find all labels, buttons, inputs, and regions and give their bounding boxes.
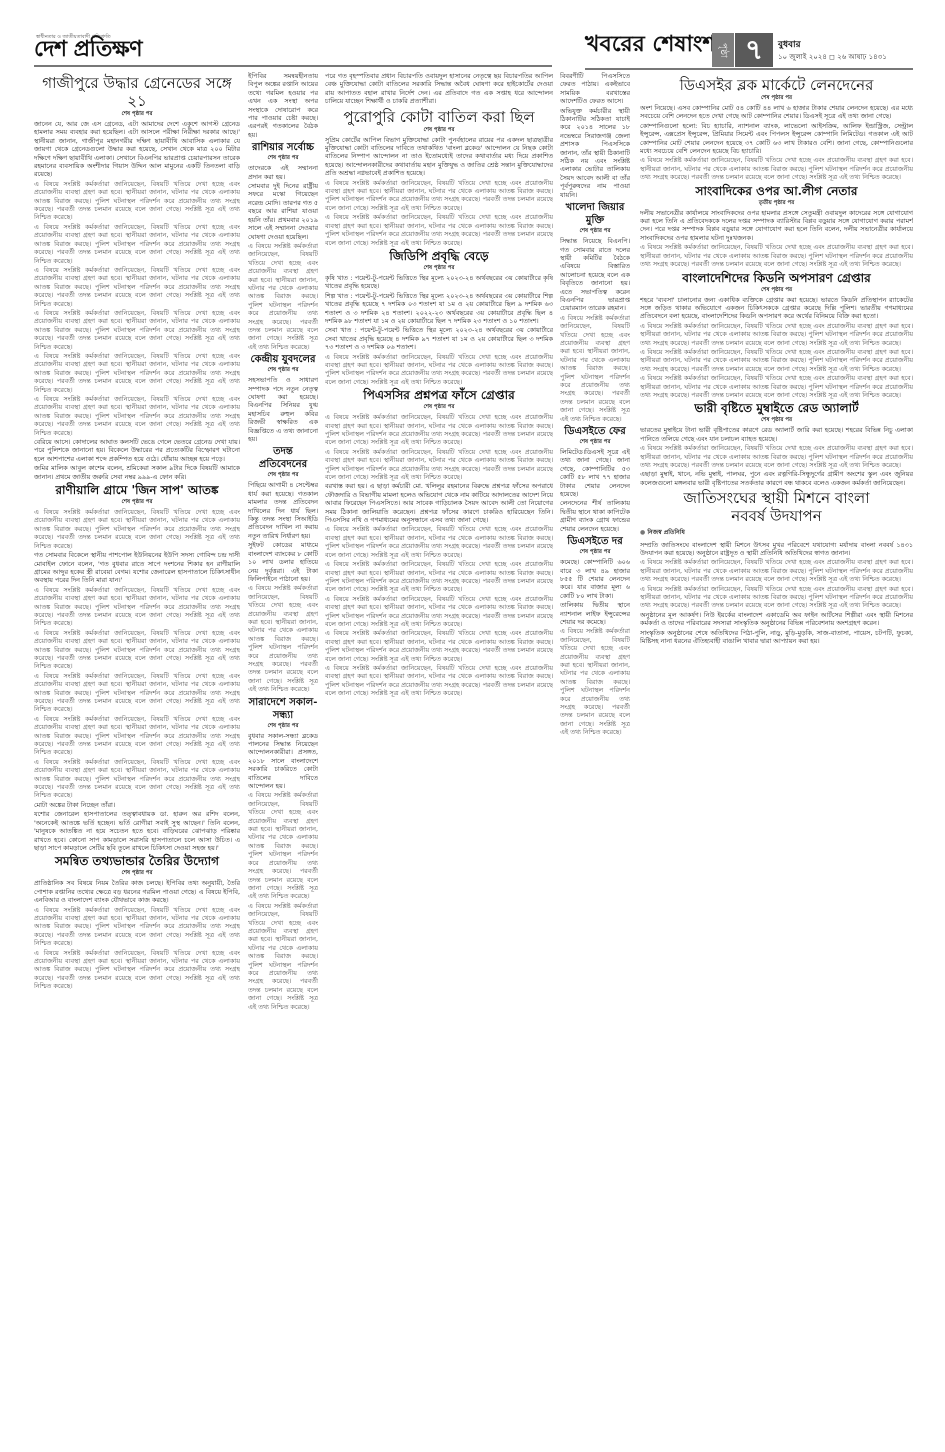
section-title: খবরের শেষাংশ [585, 33, 715, 55]
paragraph: এ বিষয়ে সংশ্লিষ্ট কর্মকর্তারা জানিয়েছে… [34, 586, 240, 628]
continued-label: তৃতীয় পৃষ্ঠার পর [640, 199, 913, 207]
paragraph: গত সোমবার বিকেলে স্থানীয় পাশপোল ইউনিয়ন… [34, 551, 240, 585]
article-un-mission: জাতিসংঘের স্থায়ী মিশনে বাংলা নববর্ষ উদয… [640, 489, 913, 645]
paragraph: সুপ্রিম কোর্টের আপিল বিভাগ মুক্তিযোদ্ধা … [325, 136, 553, 178]
masthead: স্বাধীনতার ও জাতীয়তাবাদী প্রতিশ্রুতি দে… [0, 0, 945, 48]
paragraph: জানেন যে, আর জে এস গ্রেনেড, এটা আমাদের দ… [34, 120, 240, 179]
paragraph: এ বিষয়ে সংশ্লিষ্ট কর্মকর্তারা জানিয়েছে… [325, 213, 553, 247]
article-database: সমন্বিত তথ্যভান্ডার তৈরির উদ্যোগ শেষ পৃষ… [34, 854, 240, 990]
article-gazipur-grenades: গাজীপুরে উদ্ধার গ্রেনেডের সঙ্গে ২১ শেষ প… [34, 74, 240, 481]
paragraph: সম্প্রতি জাতিসংঘে বাংলাদেশ স্থায়ী মিশনে… [640, 541, 913, 558]
paragraph: অভিযুক্ত কর্মচারীর স্থায়ী ঠিকানাটির সঠি… [560, 107, 630, 199]
headline-line2: নববর্ষ উদযাপন [731, 507, 821, 525]
paragraph: এ বিষয়ে সংশ্লিষ্ট কর্মকর্তারা জানিয়েছে… [248, 584, 318, 693]
continued-label: শেষ পৃষ্ঠার পর [248, 366, 318, 374]
paragraph: অনুষ্ঠানের মূল আকর্ষণ। নিউ ইয়র্কের বাংল… [640, 611, 913, 628]
paragraph: বেরিয়ে আসে। কোদালের আঘাত কলসটি ভেঙে গেল… [34, 438, 240, 463]
continued-label: শেষ পৃষ্ঠার পর [640, 416, 913, 424]
continued-label: শেষ পৃষ্ঠার পর [640, 94, 913, 102]
column-middle: পরে গত বৃহস্পতিবার প্রধান বিচারপতি ওবায়… [325, 72, 553, 1442]
article-jin-snake: রাণীয়ালি গ্রামে 'জিন সাপ' আতঙ্ক শেষ পৃষ… [34, 483, 240, 852]
paragraph: এ বিষয়ে সংশ্লিষ্ট কর্মকর্তারা জানিয়েছে… [325, 179, 553, 213]
article-dse-rate: ডিএসইতে দর শেষ পৃষ্ঠার পর কমেছে। কোম্পান… [560, 535, 630, 737]
continued-label: শেষ পৃষ্ঠার পর [325, 403, 553, 411]
paragraph: এ বিষয়ে সংশ্লিষ্ট কর্মকর্তারা জানিয়েছে… [34, 266, 240, 308]
headline: ডিএসইতে ফের [560, 425, 630, 438]
paragraph: এ বিষয়ে সংশ্লিষ্ট কর্মকর্তারা জানিয়েছে… [640, 374, 913, 399]
headline: জাতিসংঘের স্থায়ী মিশনে বাংলা নববর্ষ উদয… [640, 489, 913, 525]
headline-line1: জাতিসংঘের স্থায়ী মিশনে বাংলা [683, 489, 869, 507]
continued-label: শেষ পৃষ্ঠার পর [34, 869, 240, 877]
paragraph: শিল্প খাত : পয়েন্ট-টু-পয়েন্ট ভিত্তিতে … [325, 292, 553, 326]
paragraph: এ বিষয়ে সংশ্লিষ্ট কর্মকর্তারা জানিয়েছে… [325, 525, 553, 559]
paragraph: এ বিষয়ে সংশ্লিষ্ট কর্মকর্তারা জানিয়েছে… [248, 242, 318, 351]
article-dse-again: ডিএসইতে ফের শেষ পৃষ্ঠার পর লিমিটেড।ডিএসই… [560, 425, 630, 533]
paragraph: এ বিষয়ে সংশ্লিষ্ট কর্মকর্তারা জানিয়েছে… [560, 314, 630, 423]
paragraph: এ বিষয়ে সংশ্লিষ্ট কর্মকর্তারা জানিয়েছে… [325, 595, 553, 629]
paragraph: লিমিটেড।ডিএসই সূত্রে এই তথ্য জানা গেছে। … [560, 448, 630, 498]
article-youth-wing: কেন্দ্রীয় যুবদলের শেষ পৃষ্ঠার পর সহসভাপ… [248, 353, 318, 443]
article-kidney-arrest: বাংলাদেশিদের কিডনি অপসারণ গ্রেপ্তার শেষ … [640, 271, 913, 400]
paragraph: এ বিষয়ে সংশ্লিষ্ট কর্মকর্তারা জানিয়েছে… [34, 309, 240, 351]
paragraph: এ বিষয়ে সংশ্লিষ্ট কর্মকর্তারা জানিয়েছে… [325, 629, 553, 663]
article-investigation: তদন্ত প্রতিবেদনের শেষ পৃষ্ঠার পর পিছিয়ে… [248, 445, 318, 693]
page-number: ৭ [735, 33, 773, 67]
paragraph: তাদেরকে এই সম্মাননা প্রদান করা হয়। [248, 164, 318, 181]
article-red-alert: ভারী বৃষ্টিতে মুম্বাইতে রেড অ্যালার্ট শে… [640, 401, 913, 487]
paragraph: এ বিষয়ে সংশ্লিষ্ট কর্মকর্তারা জানিয়েছে… [560, 627, 630, 736]
paragraph: এ বিষয়ে সংশ্লিষ্ট কর্মকর্তারা জানিয়েছে… [640, 156, 913, 181]
article-blockade: সারাদেশে সকাল-সন্ধ্যা শেষ পৃষ্ঠার পর বুধ… [248, 696, 318, 1011]
headline: সমন্বিত তথ্যভান্ডার তৈরির উদ্যোগ [34, 854, 240, 869]
header-rule-left [34, 65, 552, 67]
paragraph: এ বিষয়ে সংশ্লিষ্ট কর্মকর্তারা জানিয়েছে… [325, 664, 553, 698]
paragraph: লেনদেনের শীর্ষ তালিকায় দ্বিতীয় স্থানে … [560, 499, 630, 533]
headline: পুরোপুরি কোটা বাতিল করা ছিল [325, 108, 553, 126]
paragraph: এ বিষয়ে সংশ্লিষ্ট কর্মকর্তারা জানিয়েছে… [325, 353, 553, 387]
paragraph: সহসভাপতি ও সাধারণ সম্পাদক পদে নতুন নেতৃত… [248, 376, 318, 443]
paragraph: বুধবার সকাল-সন্ধ্যা ব্লকেড পালনের সিদ্ধা… [248, 732, 318, 791]
paragraph: সোমবার দুই দিনের রাষ্ট্রীয় সফরে মস্কো গ… [248, 182, 318, 241]
issue-date: ১০ জুলাই ২০২৪ ◻ ২৬ আষাঢ় ১৪৩১ [778, 51, 887, 63]
header-rule-right [585, 68, 913, 70]
article-khaleda-release: খালেদা জিয়ার মুক্তি শেষ পৃষ্ঠার পর সিদ্… [560, 201, 630, 423]
paragraph: এ বিষয়ে সংশ্লিষ্ট কর্মকর্তারা জানিয়েছে… [34, 629, 240, 671]
paragraph: এ বিষয়ে সংশ্লিষ্ট কর্মকর্তারা জানিয়েছে… [34, 715, 240, 757]
article-quota: পুরোপুরি কোটা বাতিল করা ছিল শেষ পৃষ্ঠার … [325, 108, 553, 247]
paragraph: এ বিষয়ে সংশ্লিষ্ট কর্মকর্তারা জানিয়েছে… [34, 180, 240, 222]
page-label: পৃষ্ঠা [712, 33, 734, 67]
paragraph: ইপিবির সমন্বয়হীনতায় বিপুল অঙ্কের রপ্তা… [248, 72, 318, 139]
article-psc-leak: পিএসসির প্রশ্নপত্র ফাঁসে গ্রেপ্তার শেষ প… [325, 388, 553, 697]
continued-label: শেষ পৃষ্ঠার পর [248, 471, 318, 479]
paragraph: সিদ্ধান্ত নিয়েছে বিএনপি। গত সোমবার রাতে… [560, 237, 630, 313]
headline: জিডিপি প্রবৃদ্ধি বেড়ে [325, 249, 553, 264]
continued-label: শেষ পৃষ্ঠার পর [560, 438, 630, 446]
headline: সাংবাদিকের ওপর আ.লীগ নেতার [640, 184, 913, 199]
paragraph: সুইফট কোডের মাধ্যমে বাংলাদেশ ব্যাংকের ৮ … [248, 541, 318, 583]
paragraph: পিছিয়ে আগামী ৪ সেপ্টেম্বর ধার্য করা হয়… [248, 481, 318, 540]
column-fourth: বিবরণীটি পিএসসিতে ফেরত পাঠায়। একইভাবে স… [560, 72, 630, 1442]
paragraph: শহরে 'ব্যবসা' চালানোর জন্য একাধিক ব্যক্ত… [640, 296, 913, 321]
newspaper-logo: দেশ প্রতিক্ষণ [34, 38, 142, 60]
headline: ডিএসইতে দর [560, 535, 630, 548]
paragraph: এ বিষয়ে সংশ্লিষ্ট কর্মকর্তারা জানিয়েছে… [34, 672, 240, 714]
paragraph: বরখাস্ত করা হয়। এ ছাড়া কর্মচারী মো. খল… [325, 482, 553, 524]
paragraph: বিবরণীটি পিএসসিতে ফেরত পাঠায়। একইভাবে স… [560, 72, 630, 106]
continued-label: শেষ পৃষ্ঠার পর [248, 154, 318, 162]
paragraph: ভারতের মুম্বাইয়ে টানা ভারী বৃষ্টিপাতের … [640, 426, 913, 443]
headline: ভারী বৃষ্টিতে মুম্বাইতে রেড অ্যালার্ট [640, 401, 913, 416]
article-block-market: ডিএসইর ব্লক মার্কেটে লেনদেনের শেষ পৃষ্ঠা… [640, 76, 913, 182]
headline: রাণীয়ালি গ্রামে 'জিন সাপ' আতঙ্ক [34, 483, 240, 498]
column-second: ইপিবির সমন্বয়হীনতায় বিপুল অঙ্কের রপ্তা… [248, 72, 318, 1442]
paragraph: এ বিষয়ে সংশ্লিষ্ট কর্মকর্তারা জানিয়েছে… [34, 508, 240, 550]
continued-label: শেষ পৃষ্ঠার পর [325, 126, 553, 134]
headline: তদন্ত প্রতিবেদনের [248, 445, 318, 471]
paragraph: দলীয় সভানেত্রীর কার্যালয়ে সাংবাদিকদের … [640, 209, 913, 243]
continued-label: শেষ পৃষ্ঠার পর [34, 110, 240, 118]
paragraph: এ বিষয়ে সংশ্লিষ্ট কর্মকর্তারা জানিয়েছে… [640, 348, 913, 373]
headline: ডিএসইর ব্লক মার্কেটে লেনদেনের [640, 76, 913, 94]
paragraph: এ বিষয়ে সংশ্লিষ্ট কর্মকর্তারা জানিয়েছে… [325, 448, 553, 482]
paragraph: কোম্পানিগুলো হলো: বিচ হ্যাচারি, ন্যাশনাল… [640, 122, 913, 156]
continued-label: শেষ পৃষ্ঠার পর [34, 498, 240, 506]
paragraph: এ বিষয়ে সংশ্লিষ্ট কর্মকর্তারা জানিয়েছে… [248, 902, 318, 1011]
paragraph: এ বিষয়ে সংশ্লিষ্ট কর্মকর্তারা জানিয়েছে… [640, 243, 913, 268]
continued-label: শেষ পৃষ্ঠার পর [248, 722, 318, 730]
paragraph: এ বিষয়ে সংশ্লিষ্ট কর্মকর্তারা জানিয়েছে… [640, 558, 913, 583]
paragraph: সাংস্কৃতিক অনুষ্ঠানের শেষে অতিথিদের পিঠা… [640, 629, 913, 646]
paragraph: এ বিষয়ে সংশ্লিষ্ট কর্মকর্তারা জানিয়েছে… [34, 906, 240, 948]
headline: খালেদা জিয়ার মুক্তি [560, 201, 630, 227]
paragraph: এ বিষয়ে সংশ্লিষ্ট কর্মকর্তারা জানিয়েছে… [248, 791, 318, 900]
paragraph: এ বিষয়ে সংশ্লিষ্ট কর্মকর্তারা জানিয়েছে… [34, 949, 240, 991]
issue-day: বুধবার [778, 37, 801, 52]
article-gdp-growth: জিডিপি প্রবৃদ্ধি বেড়ে শেষ পৃষ্ঠার পর কৃ… [325, 249, 553, 386]
paragraph: জমির মালিক আবুল কাশেম বলেন, শ্রমিকেরা সক… [34, 464, 240, 481]
headline: পিএসসির প্রশ্নপত্র ফাঁসে গ্রেপ্তার [325, 388, 553, 403]
paragraph: এ বিষয়ে সংশ্লিষ্ট কর্মকর্তারা জানিয়েছে… [34, 223, 240, 265]
paragraph: এ বিষয়ে সংশ্লিষ্ট কর্মকর্তারা জানিয়েছে… [34, 352, 240, 394]
paragraph: প্রাতিষ্ঠানিক সব বিষয়ে নিয়ম তৈরির কাজ … [34, 879, 240, 904]
headline: কেন্দ্রীয় যুবদলের [248, 353, 318, 366]
paragraph: সেবা খাত : পয়েন্ট-টু-পয়েন্ট ভিত্তিতে স… [325, 326, 553, 351]
paragraph: এছাড়া মুম্বাই, থানে, নভি মুম্বাই, পালঘর… [640, 470, 913, 487]
paragraph: এ বিষয়ে সংশ্লিষ্ট কর্মকর্তারা জানিয়েছে… [34, 395, 240, 437]
headline: বাংলাদেশিদের কিডনি অপসারণ গ্রেপ্তার [640, 271, 913, 286]
continued-label: শেষ পৃষ্ঠার পর [560, 227, 630, 235]
headline: রাশিয়ার সর্বোচ্চ [248, 141, 318, 154]
continued-label: শেষ পৃষ্ঠার পর [560, 548, 630, 556]
paragraph: এ বিষয়ে সংশ্লিষ্ট কর্মকর্তারা জানিয়েছে… [34, 758, 240, 800]
paragraph: মোটা অঙ্কের টাকা নিচ্ছেন তাঁরা। [34, 801, 240, 809]
paragraph: অংশ নিয়েছে। এসব কোম্পানির মোট ৫৪ কোটি ৪… [640, 104, 913, 121]
column-right: ডিএসইর ব্লক মার্কেটে লেনদেনের শেষ পৃষ্ঠা… [640, 74, 913, 1444]
paragraph: এ বিষয়ে সংশ্লিষ্ট কর্মকর্তারা জানিয়েছে… [640, 444, 913, 469]
column-left: গাজীপুরে উদ্ধার গ্রেনেডের সঙ্গে ২১ শেষ প… [34, 72, 240, 1442]
paragraph: এ বিষয়ে সংশ্লিষ্ট কর্মকর্তারা জানিয়েছে… [325, 413, 553, 447]
article-journalists-attack: সাংবাদিকের ওপর আ.লীগ নেতার তৃতীয় পৃষ্ঠা… [640, 184, 913, 269]
article-russia-honor: রাশিয়ার সর্বোচ্চ শেষ পৃষ্ঠার পর তাদেরকে… [248, 141, 318, 351]
headline: সারাদেশে সকাল-সন্ধ্যা [248, 696, 318, 722]
paragraph: এ বিষয়ে সংশ্লিষ্ট কর্মকর্তারা জানিয়েছে… [640, 322, 913, 347]
headline: গাজীপুরে উদ্ধার গ্রেনেডের সঙ্গে ২১ [34, 74, 240, 110]
continued-label: শেষ পৃষ্ঠার পর [640, 286, 913, 294]
paragraph: পরে গত বৃহস্পতিবার প্রধান বিচারপতি ওবায়… [325, 72, 553, 106]
paragraph: যশোর জেনারেল হাসপাতালের তত্ত্বাবধায়ক ডা… [34, 810, 240, 852]
byline: নিজস্ব প্রতিনিধি [640, 529, 913, 537]
paragraph: কমেছে। কোম্পানিটি ৬০৬ বারে ৩ লাখ ৪৯ হাজা… [560, 558, 630, 600]
paragraph: কৃষি খাত : পয়েন্ট-টু-পয়েন্ট ভিত্তিতে স… [325, 274, 553, 291]
paragraph: তালিকায় দ্বিতীয় স্থানে ন্যাশনাল লাইফ ই… [560, 601, 630, 626]
paragraph: এ বিষয়ে সংশ্লিষ্ট কর্মকর্তারা জানিয়েছে… [640, 585, 913, 610]
continued-label: শেষ পৃষ্ঠার পর [325, 264, 553, 272]
paragraph: এ বিষয়ে সংশ্লিষ্ট কর্মকর্তারা জানিয়েছে… [325, 560, 553, 594]
